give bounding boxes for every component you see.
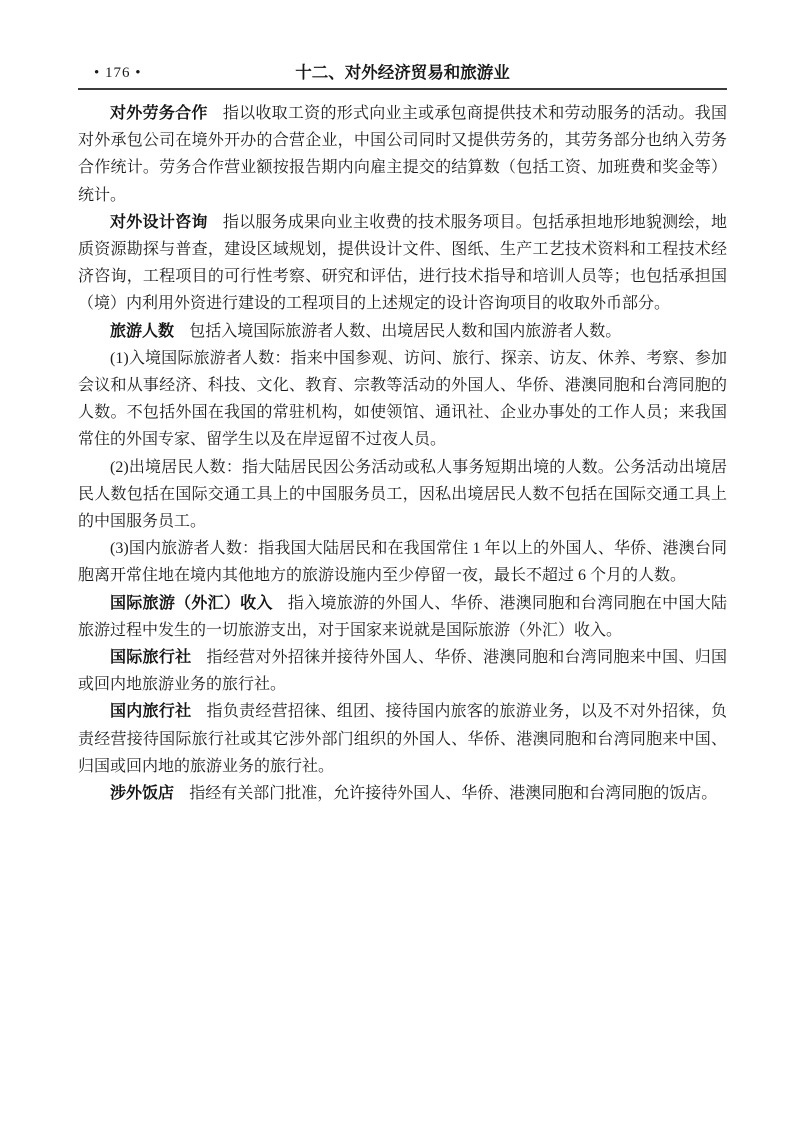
definition-paragraph: 国内旅行社指负责经营招徕、组团、接待国内旅客的旅游业务，以及不对外招徕，负责经营… bbox=[78, 698, 727, 780]
definition-text: (1)入境国际旅游者人数：指来中国参观、访问、旅行、探亲、访友、休养、考察、参加… bbox=[78, 350, 727, 449]
term-label: 对外劳务合作 bbox=[110, 105, 208, 122]
term-label: 对外设计咨询 bbox=[110, 214, 208, 231]
definitions-article: 对外劳务合作指以收取工资的形式向业主或承包商提供技术和劳动服务的活动。我国对外承… bbox=[78, 100, 727, 807]
definition-text: 指经有关部门批准，允许接待外国人、华侨、港澳同胞和台湾同胞的饭店。 bbox=[189, 785, 717, 802]
definition-subitem-paragraph: (2)出境居民人数：指大陆居民因公务活动或私人事务短期出境的人数。公务活动出境居… bbox=[78, 454, 727, 536]
term-label: 国际旅行社 bbox=[110, 649, 191, 666]
document-page: • 176 • 十二、对外经济贸易和旅游业 对外劳务合作指以收取工资的形式向业主… bbox=[78, 0, 727, 807]
term-label: 旅游人数 bbox=[110, 323, 174, 340]
definition-text: (3)国内旅游者人数：指我国大陆居民和在我国常住 1 年以上的外国人、华侨、港澳… bbox=[78, 540, 727, 584]
definition-subitem-paragraph: (3)国内旅游者人数：指我国大陆居民和在我国常住 1 年以上的外国人、华侨、港澳… bbox=[78, 535, 727, 589]
definition-paragraph: 国际旅游（外汇）收入指入境旅游的外国人、华侨、港澳同胞和台湾同胞在中国大陆旅游过… bbox=[78, 590, 727, 644]
definition-text: 包括入境国际旅游者人数、出境居民人数和国内旅游者人数。 bbox=[189, 323, 621, 340]
definition-paragraph: 国际旅行社指经营对外招徕并接待外国人、华侨、港澳同胞和台湾同胞来中国、归国或回内… bbox=[78, 644, 727, 698]
definition-paragraph: 对外设计咨询指以服务成果向业主收费的技术服务项目。包括承担地形地貌测绘，地质资源… bbox=[78, 209, 727, 318]
page-number: • 176 • bbox=[94, 63, 142, 83]
definition-paragraph: 对外劳务合作指以收取工资的形式向业主或承包商提供技术和劳动服务的活动。我国对外承… bbox=[78, 100, 727, 209]
term-label: 涉外饭店 bbox=[110, 785, 174, 802]
page-header: • 176 • 十二、对外经济贸易和旅游业 bbox=[78, 0, 727, 84]
header-rule bbox=[78, 88, 727, 90]
definition-paragraph: 涉外饭店指经有关部门批准，允许接待外国人、华侨、港澳同胞和台湾同胞的饭店。 bbox=[78, 780, 727, 807]
definition-text: (2)出境居民人数：指大陆居民因公务活动或私人事务短期出境的人数。公务活动出境居… bbox=[78, 459, 727, 530]
definition-subitem-paragraph: (1)入境国际旅游者人数：指来中国参观、访问、旅行、探亲、访友、休养、考察、参加… bbox=[78, 345, 727, 454]
term-label: 国内旅行社 bbox=[110, 703, 191, 720]
definition-paragraph: 旅游人数包括入境国际旅游者人数、出境居民人数和国内旅游者人数。 bbox=[78, 318, 727, 345]
term-label: 国际旅游（外汇）收入 bbox=[110, 595, 273, 612]
chapter-title: 十二、对外经济贸易和旅游业 bbox=[78, 63, 727, 84]
